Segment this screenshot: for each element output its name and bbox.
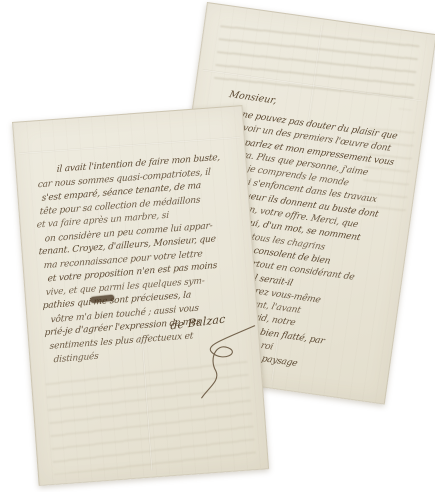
auction-photo-two-page-autograph-letter: { "colors": { "background": "#ffffff", "… <box>0 0 435 492</box>
salutation: Monsieur, <box>228 89 278 106</box>
left-page: il avait l'intention de faire mon buste,… <box>12 105 269 486</box>
signature-flourish <box>176 321 273 406</box>
